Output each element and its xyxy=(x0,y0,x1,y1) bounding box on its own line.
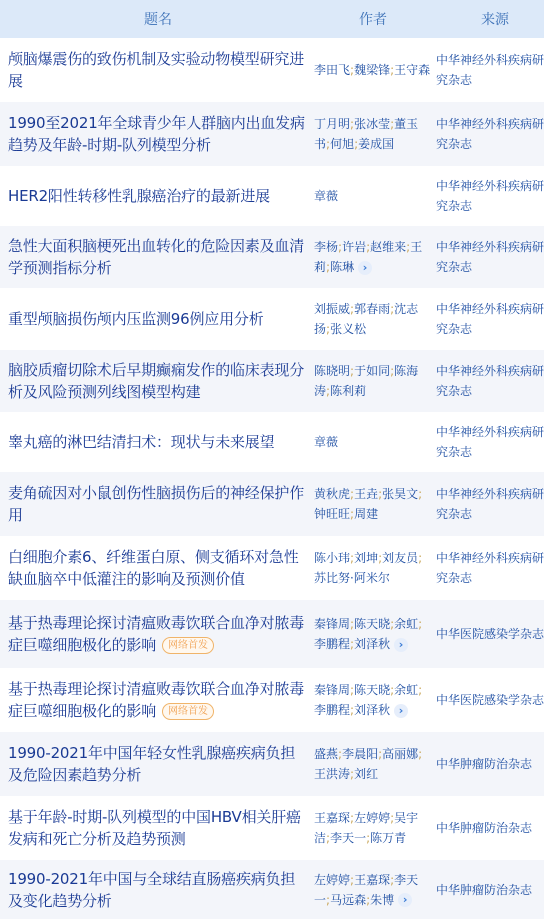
table-row: 1990-2021年中国年轻女性乳腺癌疾病负担及危险因素趋势分析盛燕;李晨阳;高… xyxy=(0,732,544,796)
author-link[interactable]: 王嘉琛 xyxy=(354,873,390,887)
table-row: 脑胶质瘤切除术后早期癫痫发作的临床表现分析及风险预测列线图模型构建陈晓明;于如同… xyxy=(0,350,544,412)
author-link[interactable]: 钟旺旺 xyxy=(314,507,350,521)
author-link[interactable]: 陈利莉 xyxy=(330,384,366,398)
article-title-link[interactable]: 1990-2021年中国与全球结直肠癌疾病负担及变化趋势分析 xyxy=(8,870,295,910)
table-body: 颅脑爆震伤的致伤机制及实验动物模型研究进展李田飞;魏梁锋;王守森中华神经外科疾病… xyxy=(0,38,544,919)
author-link[interactable]: 秦锋周 xyxy=(314,617,350,631)
authors-cell: 左婷婷;王嘉琛;李天一;马远森;朱博› xyxy=(314,860,436,919)
table-row: HER2阳性转移性乳腺癌治疗的最新进展章薇中华神经外科疾病研究杂志 xyxy=(0,166,544,226)
journal-link[interactable]: 中华神经外科疾病研究杂志 xyxy=(436,551,544,585)
journal-link[interactable]: 中华医院感染学杂志 xyxy=(436,627,544,641)
author-link[interactable]: 郭春雨 xyxy=(354,302,390,316)
title-cell: 麦角硫因对小鼠创伤性脑损伤后的神经保护作用 xyxy=(0,472,314,536)
source-cell: 中华肿瘤防治杂志 xyxy=(436,860,544,919)
author-link[interactable]: 丁月明 xyxy=(314,117,350,131)
author-link[interactable]: 黄秋虎 xyxy=(314,487,350,501)
author-link[interactable]: 李杨 xyxy=(314,240,338,254)
table-row: 睾丸癌的淋巴结清扫术：现状与未来展望章薇中华神经外科疾病研究杂志 xyxy=(0,412,544,472)
author-link[interactable]: 姜成国 xyxy=(358,137,394,151)
table-row: 基于热毒理论探讨清瘟败毒饮联合血净对脓毒症巨噬细胞极化的影响网络首发秦锋周;陈天… xyxy=(0,668,544,732)
title-cell: 1990-2021年中国年轻女性乳腺癌疾病负担及危险因素趋势分析 xyxy=(0,732,314,796)
title-cell: 急性大面积脑梗死出血转化的危险因素及血清学预测指标分析 xyxy=(0,226,314,288)
article-title-link[interactable]: 1990-2021年中国年轻女性乳腺癌疾病负担及危险因素趋势分析 xyxy=(8,744,295,784)
table-header: 题名 作者 来源 xyxy=(0,0,544,38)
column-header-author[interactable]: 作者 xyxy=(314,0,436,38)
title-cell: HER2阳性转移性乳腺癌治疗的最新进展 xyxy=(0,166,314,226)
article-title-link[interactable]: 重型颅脑损伤颅内压监测96例应用分析 xyxy=(8,310,264,328)
column-header-source[interactable]: 来源 xyxy=(436,0,544,38)
authors-cell: 刘振威;郭春雨;沈志扬;张义松 xyxy=(314,288,436,350)
author-link[interactable]: 朱博 xyxy=(370,893,394,907)
author-link[interactable]: 何旭 xyxy=(330,137,354,151)
authors-cell: 李杨;许岩;赵维来;王莉;陈琳› xyxy=(314,226,436,288)
author-link[interactable]: 盛燕 xyxy=(314,747,338,761)
author-link[interactable]: 刘坤 xyxy=(354,551,378,565)
source-cell: 中华医院感染学杂志 xyxy=(436,600,544,668)
journal-link[interactable]: 中华肿瘤防治杂志 xyxy=(436,821,532,835)
chevron-right-icon[interactable]: › xyxy=(394,638,408,652)
table-row: 白细胞介素6、纤维蛋白原、侧支循环对急性缺血脑卒中低灌注的影响及预测价值陈小玮;… xyxy=(0,536,544,600)
author-link[interactable]: 章薇 xyxy=(314,189,338,203)
author-separator: ; xyxy=(418,747,422,761)
author-link[interactable]: 李晨阳 xyxy=(342,747,378,761)
authors-cell: 秦锋周;陈天晓;余虹;李鹏程;刘泽秋› xyxy=(314,668,436,732)
source-cell: 中华神经外科疾病研究杂志 xyxy=(436,166,544,226)
journal-link[interactable]: 中华神经外科疾病研究杂志 xyxy=(436,53,544,87)
title-cell: 基于热毒理论探讨清瘟败毒饮联合血净对脓毒症巨噬细胞极化的影响网络首发 xyxy=(0,600,314,668)
source-cell: 中华肿瘤防治杂志 xyxy=(436,796,544,860)
online-first-badge: 网络首发 xyxy=(162,703,214,720)
authors-cell: 李田飞;魏梁锋;王守森 xyxy=(314,38,436,102)
author-link[interactable]: 赵维来 xyxy=(370,240,406,254)
journal-link[interactable]: 中华神经外科疾病研究杂志 xyxy=(436,487,544,521)
journal-link[interactable]: 中华神经外科疾病研究杂志 xyxy=(436,302,544,336)
article-title-link[interactable]: 1990至2021年全球青少年人群脑内出血发病趋势及年龄-时期-队列模型分析 xyxy=(8,114,305,154)
author-link[interactable]: 陈琳 xyxy=(330,260,354,274)
title-cell: 1990至2021年全球青少年人群脑内出血发病趋势及年龄-时期-队列模型分析 xyxy=(0,102,314,166)
source-cell: 中华神经外科疾病研究杂志 xyxy=(436,412,544,472)
authors-cell: 章薇 xyxy=(314,166,436,226)
journal-link[interactable]: 中华神经外科疾病研究杂志 xyxy=(436,179,544,213)
table-row: 重型颅脑损伤颅内压监测96例应用分析刘振威;郭春雨;沈志扬;张义松中华神经外科疾… xyxy=(0,288,544,350)
journal-link[interactable]: 中华医院感染学杂志 xyxy=(436,693,544,707)
source-cell: 中华神经外科疾病研究杂志 xyxy=(436,536,544,600)
article-title-link[interactable]: 麦角硫因对小鼠创伤性脑损伤后的神经保护作用 xyxy=(8,484,304,524)
author-link[interactable]: 刘友员 xyxy=(382,551,418,565)
table-row: 1990-2021年中国与全球结直肠癌疾病负担及变化趋势分析左婷婷;王嘉琛;李天… xyxy=(0,860,544,919)
author-link[interactable]: 张冰莹 xyxy=(354,117,390,131)
results-table: 题名 作者 来源 颅脑爆震伤的致伤机制及实验动物模型研究进展李田飞;魏梁锋;王守… xyxy=(0,0,544,919)
source-cell: 中华神经外科疾病研究杂志 xyxy=(436,288,544,350)
journal-link[interactable]: 中华神经外科疾病研究杂志 xyxy=(436,425,544,459)
author-link[interactable]: 张昊文 xyxy=(382,487,418,501)
author-link[interactable]: 李鹏程 xyxy=(314,703,350,717)
title-cell: 重型颅脑损伤颅内压监测96例应用分析 xyxy=(0,288,314,350)
title-cell: 白细胞介素6、纤维蛋白原、侧支循环对急性缺血脑卒中低灌注的影响及预测价值 xyxy=(0,536,314,600)
authors-cell: 盛燕;李晨阳;高丽娜;王洪涛;刘红 xyxy=(314,732,436,796)
author-link[interactable]: 王洪涛 xyxy=(314,767,350,781)
chevron-right-icon[interactable]: › xyxy=(358,261,372,275)
author-link[interactable]: 余虹 xyxy=(394,683,418,697)
author-link[interactable]: 魏梁锋 xyxy=(354,63,390,77)
author-link[interactable]: 马远森 xyxy=(330,893,366,907)
authors-cell: 黄秋虎;王垚;张昊文;钟旺旺;周建 xyxy=(314,472,436,536)
author-link[interactable]: 陈万青 xyxy=(370,831,406,845)
title-cell: 基于热毒理论探讨清瘟败毒饮联合血净对脓毒症巨噬细胞极化的影响网络首发 xyxy=(0,668,314,732)
author-link[interactable]: 左婷婷 xyxy=(354,811,390,825)
author-link[interactable]: 李天一 xyxy=(330,831,366,845)
journal-link[interactable]: 中华肿瘤防治杂志 xyxy=(436,883,532,897)
author-link[interactable]: 周建 xyxy=(354,507,378,521)
source-cell: 中华神经外科疾病研究杂志 xyxy=(436,472,544,536)
authors-cell: 陈晓明;于如同;陈海涛;陈利莉 xyxy=(314,350,436,412)
source-cell: 中华肿瘤防治杂志 xyxy=(436,732,544,796)
article-title-link[interactable]: 颅脑爆震伤的致伤机制及实验动物模型研究进展 xyxy=(8,50,304,90)
author-separator: ; xyxy=(418,551,422,565)
title-cell: 基于年龄-时期-队列模型的中国HBV相关肝癌发病和死亡分析及趋势预测 xyxy=(0,796,314,860)
table-row: 颅脑爆震伤的致伤机制及实验动物模型研究进展李田飞;魏梁锋;王守森中华神经外科疾病… xyxy=(0,38,544,102)
author-link[interactable]: 陈天晓 xyxy=(354,617,390,631)
author-link[interactable]: 左婷婷 xyxy=(314,873,350,887)
author-link[interactable]: 刘振威 xyxy=(314,302,350,316)
author-link[interactable]: 王垚 xyxy=(354,487,378,501)
author-link[interactable]: 于如同 xyxy=(354,364,390,378)
title-cell: 颅脑爆震伤的致伤机制及实验动物模型研究进展 xyxy=(0,38,314,102)
author-link[interactable]: 陈天晓 xyxy=(354,683,390,697)
author-link[interactable]: 王守森 xyxy=(394,63,430,77)
source-cell: 中华神经外科疾病研究杂志 xyxy=(436,350,544,412)
source-cell: 中华神经外科疾病研究杂志 xyxy=(436,38,544,102)
source-cell: 中华医院感染学杂志 xyxy=(436,668,544,732)
column-header-title[interactable]: 题名 xyxy=(0,0,314,38)
title-cell: 脑胶质瘤切除术后早期癫痫发作的临床表现分析及风险预测列线图模型构建 xyxy=(0,350,314,412)
author-link[interactable]: 陈小玮 xyxy=(314,551,350,565)
author-link[interactable]: 张义松 xyxy=(330,322,366,336)
authors-cell: 秦锋周;陈天晓;余虹;李鹏程;刘泽秋› xyxy=(314,600,436,668)
article-title-link[interactable]: 基于热毒理论探讨清瘟败毒饮联合血净对脓毒症巨噬细胞极化的影响 xyxy=(8,680,304,720)
article-title-link[interactable]: 睾丸癌的淋巴结清扫术：现状与未来展望 xyxy=(8,433,274,451)
table-row: 急性大面积脑梗死出血转化的危险因素及血清学预测指标分析李杨;许岩;赵维来;王莉;… xyxy=(0,226,544,288)
article-title-link[interactable]: 脑胶质瘤切除术后早期癫痫发作的临床表现分析及风险预测列线图模型构建 xyxy=(8,361,304,401)
journal-link[interactable]: 中华神经外科疾病研究杂志 xyxy=(436,240,544,274)
article-title-link[interactable]: HER2阳性转移性乳腺癌治疗的最新进展 xyxy=(8,187,270,205)
author-link[interactable]: 刘红 xyxy=(354,767,378,781)
source-cell: 中华神经外科疾病研究杂志 xyxy=(436,102,544,166)
authors-cell: 王嘉琛;左婷婷;吴宇洁;李天一;陈万青 xyxy=(314,796,436,860)
table-row: 麦角硫因对小鼠创伤性脑损伤后的神经保护作用黄秋虎;王垚;张昊文;钟旺旺;周建中华… xyxy=(0,472,544,536)
chevron-right-icon[interactable]: › xyxy=(398,893,412,907)
author-link[interactable]: 陈晓明 xyxy=(314,364,350,378)
title-cell: 1990-2021年中国与全球结直肠癌疾病负担及变化趋势分析 xyxy=(0,860,314,919)
author-separator: ; xyxy=(418,487,422,501)
author-link[interactable]: 许岩 xyxy=(342,240,366,254)
author-link[interactable]: 刘泽秋 xyxy=(354,703,390,717)
journal-link[interactable]: 中华神经外科疾病研究杂志 xyxy=(436,364,544,398)
author-link[interactable]: 秦锋周 xyxy=(314,683,350,697)
author-link[interactable]: 苏比努·阿米尔 xyxy=(314,571,390,585)
online-first-badge: 网络首发 xyxy=(162,637,214,654)
journal-link[interactable]: 中华肿瘤防治杂志 xyxy=(436,757,532,771)
article-title-link[interactable]: 白细胞介素6、纤维蛋白原、侧支循环对急性缺血脑卒中低灌注的影响及预测价值 xyxy=(8,548,299,588)
author-separator: ; xyxy=(418,683,422,697)
author-link[interactable]: 王嘉琛 xyxy=(314,811,350,825)
author-link[interactable]: 李田飞 xyxy=(314,63,350,77)
author-link[interactable]: 余虹 xyxy=(394,617,418,631)
journal-link[interactable]: 中华神经外科疾病研究杂志 xyxy=(436,117,544,151)
table-row: 基于热毒理论探讨清瘟败毒饮联合血净对脓毒症巨噬细胞极化的影响网络首发秦锋周;陈天… xyxy=(0,600,544,668)
authors-cell: 丁月明;张冰莹;董玉书;何旭;姜成国 xyxy=(314,102,436,166)
chevron-right-icon[interactable]: › xyxy=(394,704,408,718)
author-link[interactable]: 刘泽秋 xyxy=(354,637,390,651)
table-row: 基于年龄-时期-队列模型的中国HBV相关肝癌发病和死亡分析及趋势预测王嘉琛;左婷… xyxy=(0,796,544,860)
article-title-link[interactable]: 基于热毒理论探讨清瘟败毒饮联合血净对脓毒症巨噬细胞极化的影响 xyxy=(8,614,304,654)
author-link[interactable]: 李鹏程 xyxy=(314,637,350,651)
table-row: 1990至2021年全球青少年人群脑内出血发病趋势及年龄-时期-队列模型分析丁月… xyxy=(0,102,544,166)
source-cell: 中华神经外科疾病研究杂志 xyxy=(436,226,544,288)
author-link[interactable]: 高丽娜 xyxy=(382,747,418,761)
article-title-link[interactable]: 急性大面积脑梗死出血转化的危险因素及血清学预测指标分析 xyxy=(8,237,304,277)
authors-cell: 章薇 xyxy=(314,412,436,472)
article-title-link[interactable]: 基于年龄-时期-队列模型的中国HBV相关肝癌发病和死亡分析及趋势预测 xyxy=(8,808,301,848)
author-separator: ; xyxy=(418,617,422,631)
authors-cell: 陈小玮;刘坤;刘友员;苏比努·阿米尔 xyxy=(314,536,436,600)
author-link[interactable]: 章薇 xyxy=(314,435,338,449)
title-cell: 睾丸癌的淋巴结清扫术：现状与未来展望 xyxy=(0,412,314,472)
